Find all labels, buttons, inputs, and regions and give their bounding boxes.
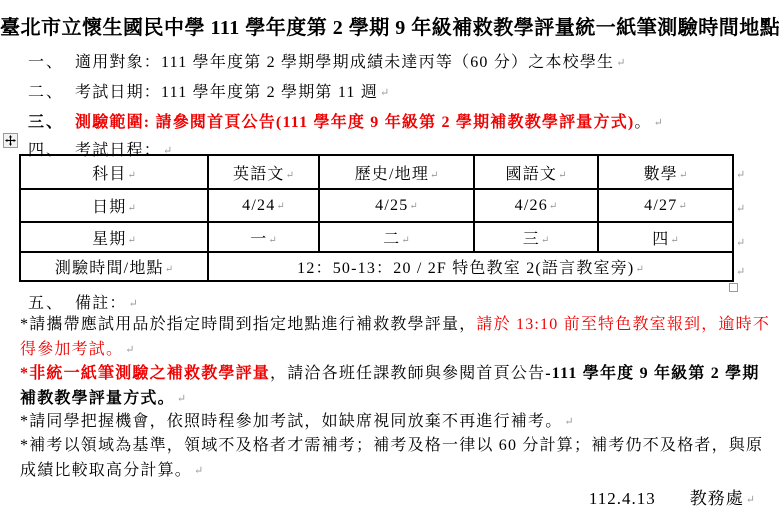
item-text-end: 。	[634, 114, 651, 131]
table-cell: 四↵	[598, 222, 733, 252]
item-text: 適用對象：111 學年度第 2 學期學期成績未達丙等（60 分）之本校學生	[75, 54, 614, 71]
table-cell: 國語文↵	[474, 155, 598, 189]
cell-end-mark: ↵	[401, 235, 409, 246]
note-attendance: *請同學把握機會，依照時程參加考試，如缺席視同放棄不再進行補考。↵	[20, 409, 772, 435]
cell-text: 數學	[644, 166, 678, 183]
table-resize-handle[interactable]	[729, 283, 738, 292]
paragraph-mark: ↵	[564, 416, 573, 428]
paragraph-mark: ↵	[129, 298, 138, 310]
table-row-time-location: 測驗時間/地點↵ 12：50-13：20 / 2F 特色教室 2(語言教室旁)↵	[20, 252, 733, 281]
table-row-date: 日期↵ 4/24↵ 4/25↵ 4/26↵ 4/27↵	[20, 189, 733, 222]
cell-text: 星期	[92, 231, 126, 248]
note-bring-supplies: *請攜帶應試用品於指定時間到指定地點進行補救教學評量，請於 13:10 前至特色…	[20, 312, 772, 363]
item-number: 一、	[28, 49, 75, 72]
cell-end-mark: ↵	[541, 235, 549, 246]
cell-end-mark: ↵	[286, 170, 294, 181]
table-row-subject: 科目↵ 英語文↵ 歷史/地理↵ 國語文↵ 數學↵	[20, 155, 733, 189]
item-text-red: 測驗範圍: 請參閱首頁公告(111 學年度 9 年級第 2 學期補教教學評量方式…	[75, 114, 634, 131]
cell-end-mark: ↵	[679, 170, 687, 181]
paragraph-mark: ↵	[125, 344, 134, 356]
item-text: 備註：	[75, 295, 127, 312]
list-item-applicable: 一、適用對象：111 學年度第 2 學期學期成績未達丙等（60 分）之本校學生↵	[28, 49, 625, 72]
footer: 112.4.13教務處↵	[0, 484, 755, 509]
cell-text: 日期	[92, 199, 126, 216]
table-cell: 英語文↵	[208, 155, 319, 189]
item-number: 三、	[28, 109, 75, 132]
cell-end-mark: ↵	[430, 170, 438, 181]
table-cell: 測驗時間/地點↵	[20, 252, 208, 281]
note-text: *補考以領域為基準，領域不及格者才需補考；補考及格一律以 60 分計算；補考仍不…	[20, 437, 763, 479]
table-cell: 三↵	[474, 222, 598, 252]
cell-end-mark: ↵	[670, 235, 678, 246]
row-end-mark: ↵	[736, 202, 745, 215]
paragraph-mark: ↵	[194, 465, 203, 477]
cell-text: 4/27	[644, 197, 677, 214]
move-icon	[5, 135, 16, 146]
table-cell: 科目↵	[20, 155, 208, 189]
cell-end-mark: ↵	[549, 201, 557, 212]
table-cell: 4/26↵	[474, 189, 598, 222]
cell-text: 4/26	[515, 197, 548, 214]
page-title-text: 臺北市立懷生國民中學 111 學年度第 2 學期 9 年級補救教學評量統一紙筆測…	[0, 17, 779, 39]
list-item-test-scope: 三、測驗範圍: 請參閱首頁公告(111 學年度 9 年級第 2 學期補教教學評量…	[28, 109, 663, 132]
cell-end-mark: ↵	[558, 170, 566, 181]
table-cell: 日期↵	[20, 189, 208, 222]
cell-end-mark: ↵	[409, 201, 417, 212]
document-page: 臺北市立懷生國民中學 111 學年度第 2 學期 9 年級補救教學評量統一紙筆測…	[0, 0, 779, 517]
cell-text: 4/25	[375, 197, 408, 214]
table-cell: 歷史/地理↵	[319, 155, 474, 189]
row-end-mark: ↵	[736, 168, 745, 181]
table-cell: 二↵	[319, 222, 474, 252]
table-cell-merged: 12：50-13：20 / 2F 特色教室 2(語言教室旁)↵	[208, 252, 733, 281]
cell-text: 英語文	[233, 166, 285, 183]
cell-text: 三	[523, 231, 540, 248]
cell-end-mark: ↵	[128, 203, 136, 214]
cell-text: 二	[383, 231, 400, 248]
item-text: 考試日期：111 學年度第 2 學期第 11 週	[75, 84, 378, 101]
note-text-black: *請攜帶應試用品於指定時間到指定地點進行補救教學評量，	[20, 316, 476, 333]
cell-end-mark: ↵	[165, 264, 173, 275]
cell-end-mark: ↵	[128, 235, 136, 246]
cell-text: 4/24	[242, 197, 275, 214]
note-makeup-scoring: *補考以領域為基準，領域不及格者才需補考；補考及格一律以 60 分計算；補考仍不…	[20, 433, 772, 484]
cell-end-mark: ↵	[276, 201, 284, 212]
cell-end-mark: ↵	[678, 201, 686, 212]
row-end-mark: ↵	[736, 265, 745, 278]
item-number: 五、	[28, 290, 75, 313]
note-text-red-bold: *非統一紙筆測驗之補救教學評量	[20, 365, 270, 382]
table-move-handle[interactable]	[3, 133, 18, 148]
table-row-weekday: 星期↵ 一↵ 二↵ 三↵ 四↵	[20, 222, 733, 252]
row-end-mark: ↵	[736, 236, 745, 249]
cell-end-mark: ↵	[128, 170, 136, 181]
table-cell: 一↵	[208, 222, 319, 252]
page-title: 臺北市立懷生國民中學 111 學年度第 2 學期 9 年級補救教學評量統一紙筆測…	[0, 11, 779, 40]
cell-text: 四	[652, 231, 669, 248]
cell-text: 歷史/地理	[355, 166, 429, 183]
paragraph-mark: ↵	[616, 57, 625, 69]
paragraph-mark: ↵	[746, 494, 755, 506]
list-item-exam-date: 二、考試日期：111 學年度第 2 學期第 11 週↵	[28, 79, 389, 102]
table-cell: 星期↵	[20, 222, 208, 252]
notes-heading: 五、備註：↵	[28, 290, 138, 313]
cell-text: 12：50-13：20 / 2F 特色教室 2(語言教室旁)	[297, 260, 634, 277]
table-cell: 4/27↵	[598, 189, 733, 222]
schedule-table: 科目↵ 英語文↵ 歷史/地理↵ 國語文↵ 數學↵ 日期↵ 4/24↵ 4/25↵…	[19, 154, 734, 282]
table-cell: 數學↵	[598, 155, 733, 189]
item-number: 二、	[28, 79, 75, 102]
cell-text: 國語文	[506, 166, 558, 183]
cell-text: 一	[250, 231, 267, 248]
cell-text: 測驗時間/地點	[55, 260, 164, 277]
note-text-black: ，請洽各班任課教師與參閱首頁公告	[270, 365, 545, 382]
paragraph-mark: ↵	[177, 393, 186, 405]
cell-end-mark: ↵	[635, 264, 643, 275]
cell-text: 科目	[92, 166, 126, 183]
note-text: *請同學把握機會，依照時程參加考試，如缺席視同放棄不再進行補考。	[20, 413, 562, 430]
footer-unit: 教務處	[690, 489, 744, 508]
paragraph-mark: ↵	[654, 117, 663, 129]
note-non-unified-test: *非統一紙筆測驗之補救教學評量，請洽各班任課教師與參閱首頁公告-111 學年度 …	[20, 361, 772, 412]
cell-end-mark: ↵	[268, 235, 276, 246]
paragraph-mark: ↵	[380, 87, 389, 99]
table-cell: 4/24↵	[208, 189, 319, 222]
table-cell: 4/25↵	[319, 189, 474, 222]
footer-date: 112.4.13	[589, 489, 656, 508]
